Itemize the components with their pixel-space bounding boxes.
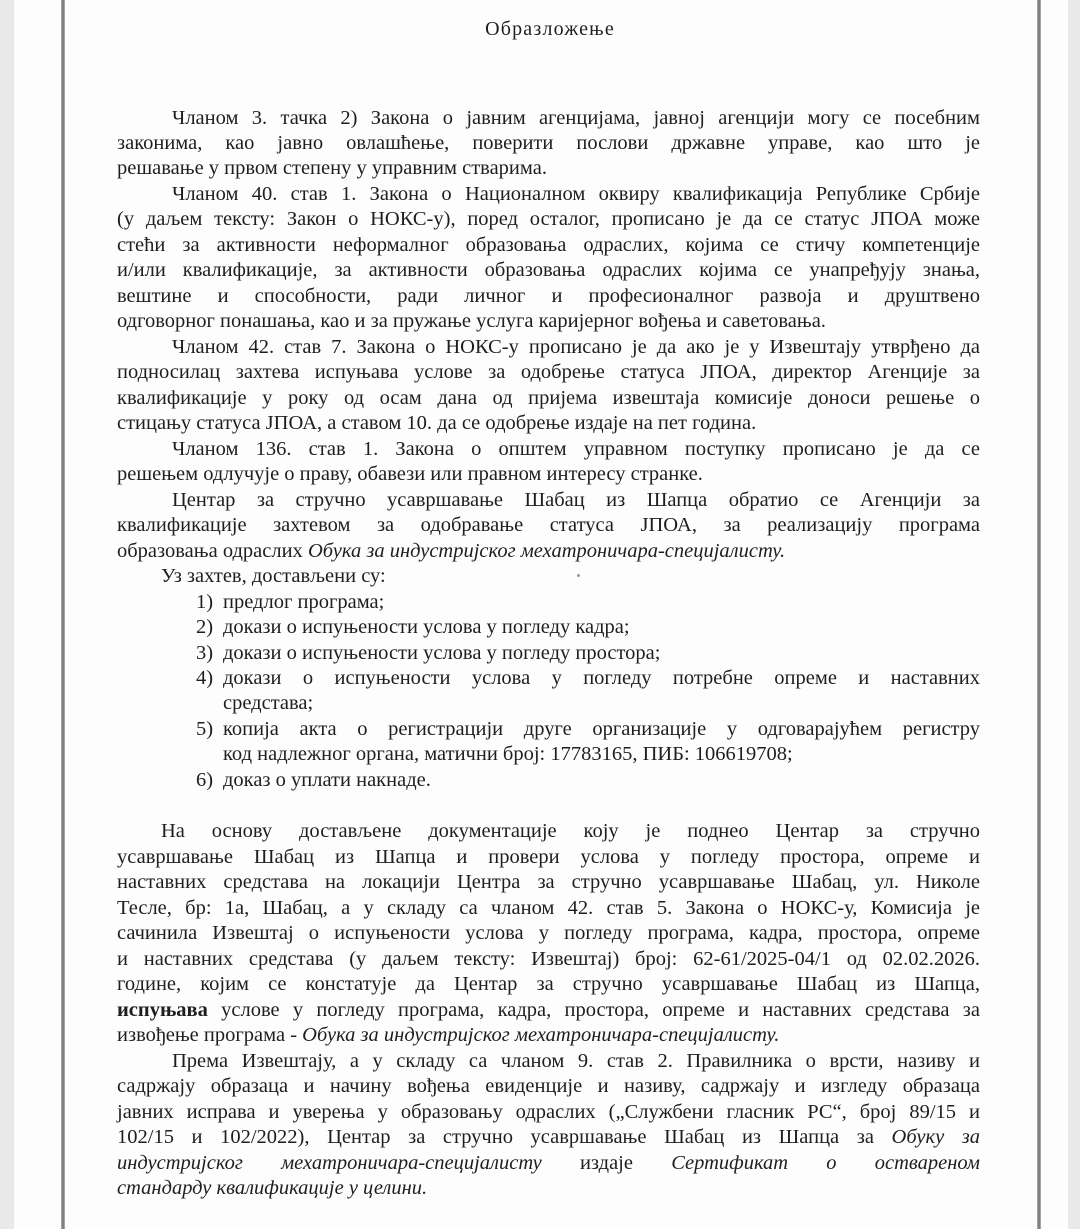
list-item-5-text-line-1: копија акта о регистрацији друге организ… <box>223 717 980 742</box>
paragraph-7-line-7: године, којим се констатује да Центар за… <box>117 972 980 997</box>
paragraph-8-line-4-plain: 102/15 и 102/2022), Центар за стручно ус… <box>117 1126 892 1148</box>
paragraph-7-line-9-plain: извођење програма - <box>117 1024 302 1046</box>
paragraph-4-line-1: Чланом 136. став 1. Закона о општем упра… <box>172 437 980 462</box>
paragraph-8-line-1: Према Извештају, а у складу са чланом 9.… <box>172 1049 980 1074</box>
paragraph-7-line-3: наставних средстава на локацији Центра з… <box>117 870 980 895</box>
list-item-4-text-line-1: докази о испуњености услова у погледу по… <box>223 666 980 691</box>
paragraph-2-line-2: (у даљем тексту: Закон о НОКС-у), поред … <box>117 207 980 232</box>
paragraph-2-line-4: и/или квалификације, за активности образ… <box>117 258 980 283</box>
paragraph-3-line-4: стицању статуса ЈПОА, а ставом 10. да се… <box>117 411 756 436</box>
paragraph-2-line-1: Чланом 40. став 1. Закона о Националном … <box>172 182 980 207</box>
paragraph-8-line-6: стандарду квалификације у целини. <box>117 1176 427 1201</box>
list-item-3-number: 3) <box>196 641 213 666</box>
list-item-2-text: докази о испуњености услова у погледу ка… <box>223 615 630 640</box>
paragraph-8-line-4-italic: Обуку за <box>892 1126 980 1148</box>
paragraph-7-line-8-rest: услове у погледу програма, кадра, просто… <box>208 999 980 1021</box>
list-item-4-number: 4) <box>196 666 213 691</box>
paragraph-5-text: образовања одраслих <box>117 540 308 562</box>
paragraph-3-line-1: Чланом 42. став 7. Закона о НОКС-у пропи… <box>172 335 980 360</box>
list-item-6-number: 6) <box>196 768 213 793</box>
program-name-italic: Обука за индустријског мехатроничара-спе… <box>308 540 785 562</box>
paragraph-7-line-9: извођење програма - Обука за индустријск… <box>117 1023 779 1048</box>
list-item-5-text-line-2: код надлежног органа, матични број: 1778… <box>223 742 793 767</box>
paragraph-1-line-2: законима, као јавно овлашћење, поверити … <box>117 131 980 156</box>
paragraph-8-line-5-plain: издаје <box>542 1152 671 1174</box>
paragraph-8-line-3: јавних исправа и уверења у образовању од… <box>117 1100 980 1125</box>
paragraph-2-line-6: одговорног понашања, као и за пружање ус… <box>117 309 826 334</box>
paragraph-8-line-5-italic-a: индустријског мехатроничара-специјалисту <box>117 1152 542 1174</box>
paragraph-2-line-3: стећи за активности неформалног образова… <box>117 233 980 258</box>
paragraph-7-line-2: усавршавање Шабац из Шапца и провери усл… <box>117 845 980 870</box>
list-item-5-number: 5) <box>196 717 213 742</box>
paragraph-7-line-6: и наставних средстава (у даљем тексту: И… <box>117 947 980 972</box>
paragraph-7-line-5: сачинила Извештај о испуњености услова у… <box>117 921 980 946</box>
page-border-right <box>1037 0 1041 1229</box>
paragraph-5-line-1: Центар за стручно усавршавање Шабац из Ш… <box>172 488 980 513</box>
list-item-6-text: доказ о уплати накнаде. <box>223 768 431 793</box>
list-item-1-number: 1) <box>196 590 213 615</box>
fulfills-bold: испуњава <box>117 999 208 1021</box>
list-item-1-text: предлог програма; <box>223 590 384 615</box>
paragraph-1-line-1: Чланом 3. тачка 2) Закона о јавним агенц… <box>172 106 980 131</box>
paragraph-8-line-2: садржају образаца и начину вођења евиден… <box>117 1074 980 1099</box>
paragraph-4-line-2: решењем одлучује о праву, обавези или пр… <box>117 462 703 487</box>
paragraph-5-line-3: образовања одраслих Обука за индустријск… <box>117 539 785 564</box>
paragraph-7-line-1: На основу достављене документације коју … <box>161 819 980 844</box>
list-item-4-text-line-2: средстава; <box>223 691 313 716</box>
paragraph-3-line-3: квалификације у року од осам дана од при… <box>117 386 980 411</box>
paragraph-7-line-8: испуњава услове у погледу програма, кадр… <box>117 998 980 1023</box>
paragraph-2-line-5: вештине и способности, ради личног и про… <box>117 284 980 309</box>
scan-speck <box>577 574 580 577</box>
document-title: Образложење <box>0 18 1080 41</box>
paragraph-6-line-1: Уз захтев, достављени су: <box>161 564 386 589</box>
paragraph-3-line-2: подносилац захтева испуњава услове за од… <box>117 360 980 385</box>
page-border-left <box>61 0 65 1229</box>
paragraph-8-line-4: 102/15 и 102/2022), Центар за стручно ус… <box>117 1125 980 1150</box>
program-name-italic-2: Обука за индустријског мехатроничара-спе… <box>302 1024 779 1046</box>
paragraph-5-line-2: квалификације захтевом за одобравање ста… <box>117 513 980 538</box>
paragraph-1-line-3: решавање у првом степену у управним ства… <box>117 156 547 181</box>
paragraph-8-line-5: индустријског мехатроничара-специјалисту… <box>117 1151 980 1176</box>
paragraph-7-line-4: Тесле, бр: 1а, Шабац, а у складу са члан… <box>117 896 980 921</box>
list-item-2-number: 2) <box>196 615 213 640</box>
list-item-3-text: докази о испуњености услова у погледу пр… <box>223 641 660 666</box>
paragraph-8-line-5-italic-b: Сертификат о оствареном <box>671 1152 980 1174</box>
